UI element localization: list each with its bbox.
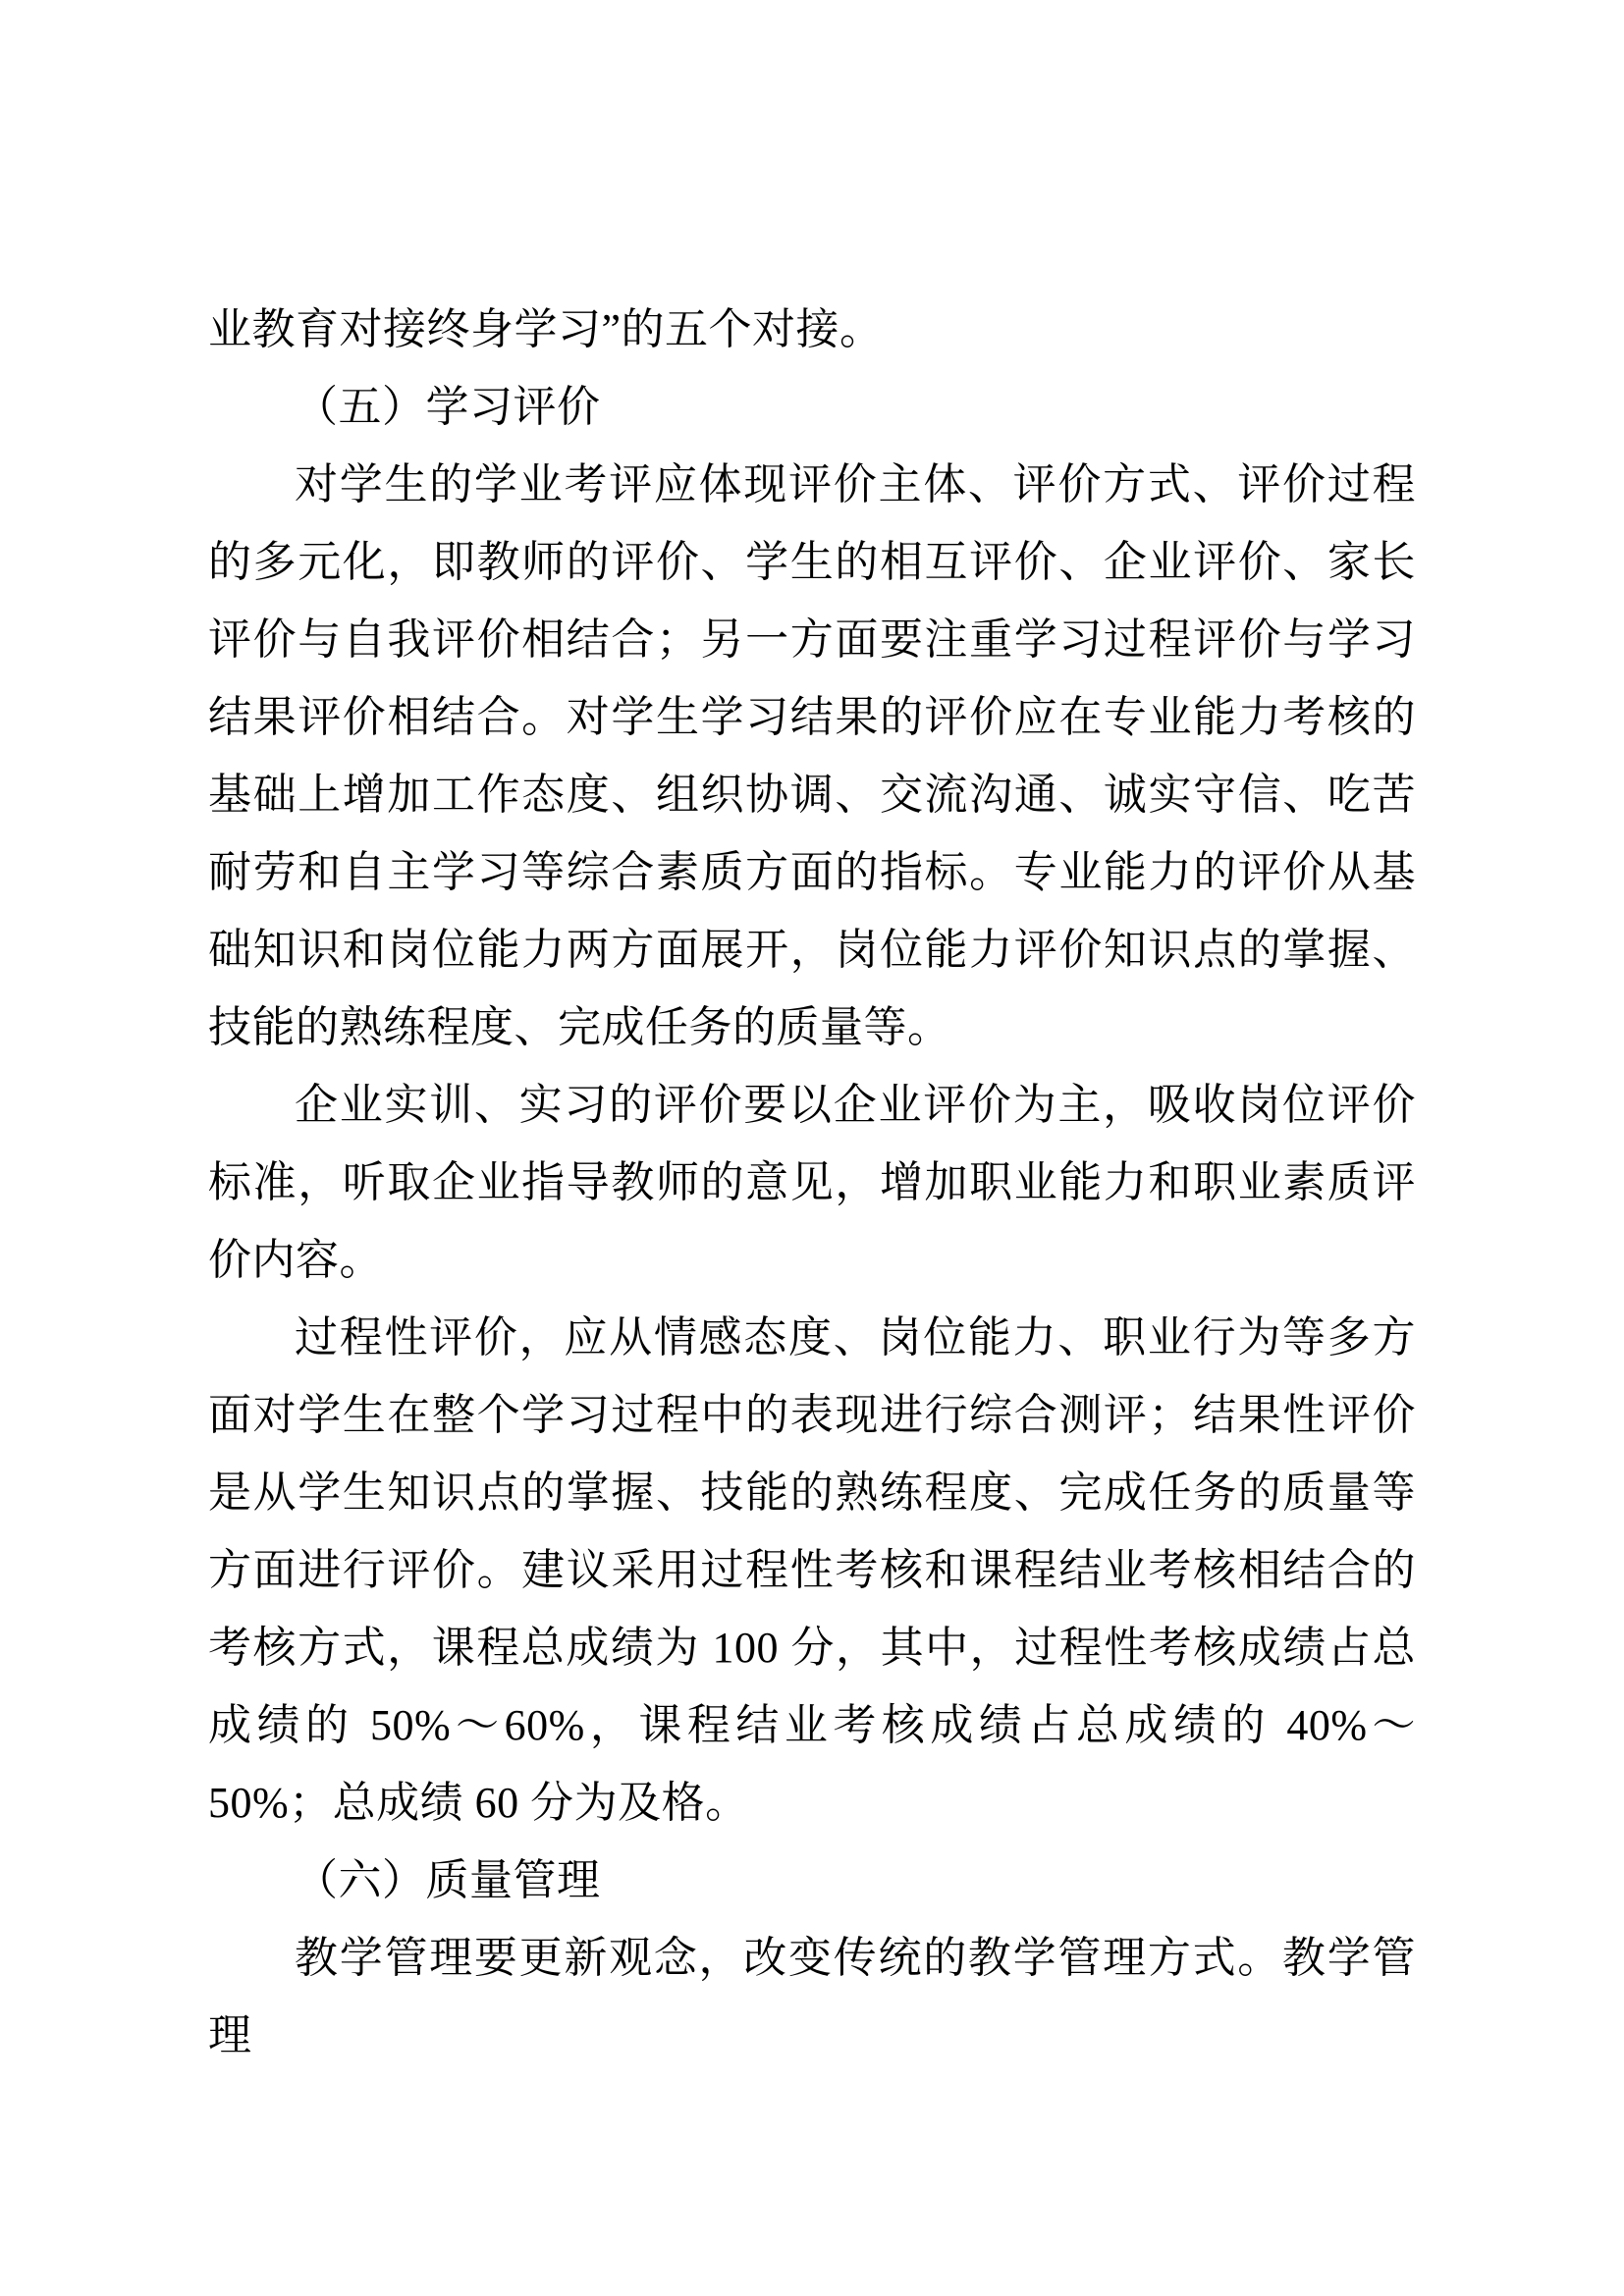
paragraph-body: 过程性评价，应从情感态度、岗位能力、职业行为等多方面对学生在整个学习过程中的表现…: [208, 1299, 1416, 1842]
paragraph-body: 对学生的学业考评应体现评价主体、评价方式、评价过程的多元化，即教师的评价、学生的…: [208, 446, 1416, 1066]
paragraph-body: 企业实训、实习的评价要以企业评价为主，吸收岗位评价标准，听取企业指导教师的意见，…: [208, 1066, 1416, 1299]
paragraph-continuation: 业教育对接终身学习”的五个对接。: [208, 291, 1416, 368]
document-page: 业教育对接终身学习”的五个对接。（五）学习评价对学生的学业考评应体现评价主体、评…: [0, 0, 1624, 2296]
document-content: 业教育对接终身学习”的五个对接。（五）学习评价对学生的学业考评应体现评价主体、评…: [208, 291, 1416, 2074]
paragraph-heading: （五）学习评价: [208, 368, 1416, 446]
paragraph-body: 教学管理要更新观念，改变传统的教学管理方式。教学管理: [208, 1919, 1416, 2074]
paragraph-heading: （六）质量管理: [208, 1842, 1416, 1919]
